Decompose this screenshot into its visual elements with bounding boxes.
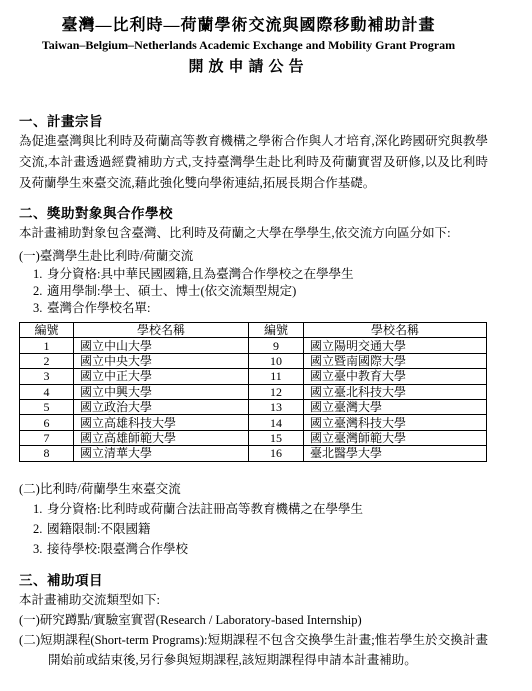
title-announcement: 開放申請公告 (9, 58, 488, 77)
school-name: 國立臺中教育大學 (304, 369, 487, 384)
school-name: 臺北醫學大學 (304, 446, 487, 461)
section-grant-items: 三、補助項目 本計畫補助交流類型如下: (一)研究蹲點/實驗室實習(Resear… (19, 573, 488, 670)
list-item: 2.適用學制:學士、碩士、博士(依交流類型規定) (19, 283, 488, 300)
table-row: 1 國立中山大學 9 國立陽明交通大學 (20, 338, 487, 353)
list-item: 3.臺灣合作學校名單: (19, 300, 488, 317)
subsection-outbound-title: (一)臺灣學生赴比利時/荷蘭交流 (19, 246, 488, 266)
grant-item: (一)研究蹲點/實驗室實習(Research / Laboratory-base… (19, 610, 488, 630)
list-item-text: 接待學校:限臺灣合作學校 (47, 542, 188, 556)
school-id: 4 (20, 384, 74, 399)
school-id: 15 (249, 430, 304, 445)
school-name: 國立中興大學 (74, 384, 249, 399)
school-id: 10 (249, 353, 304, 368)
partner-schools-table: 編號 學校名稱 編號 學校名稱 1 國立中山大學 9 國立陽明交通大學 2 國立… (19, 322, 487, 462)
school-id: 5 (20, 399, 74, 414)
school-id: 13 (249, 399, 304, 414)
grant-item: (二)短期課程(Short-term Programs):短期課程不包含交換學生… (19, 630, 488, 670)
subsection-inbound: (二)比利時/荷蘭學生來臺交流 1.身分資格:比利時或荷蘭合法註冊高等教育機構之… (19, 479, 488, 559)
list-item-number: 2. (33, 283, 47, 300)
subsection-outbound: (一)臺灣學生赴比利時/荷蘭交流 1.身分資格:具中華民國國籍,且為臺灣合作學校… (19, 246, 488, 317)
school-name: 國立中央大學 (74, 353, 249, 368)
table-row: 2 國立中央大學 10 國立暨南國際大學 (20, 353, 487, 368)
school-name: 國立臺灣大學 (304, 399, 487, 414)
list-item: 1.身分資格:比利時或荷蘭合法註冊高等教育機構之在學學生 (19, 499, 488, 519)
school-name: 國立臺北科技大學 (304, 384, 487, 399)
list-item-text: 國籍限制:不限國籍 (47, 522, 150, 536)
table-header-school: 學校名稱 (74, 323, 249, 338)
document-header: 臺灣—比利時—荷蘭學術交流與國際移動補助計畫 Taiwan–Belgium–Ne… (9, 16, 488, 77)
list-item-number: 1. (33, 499, 47, 519)
section-purpose: 一、計畫宗旨 為促進臺灣與比利時及荷蘭高等教育機構之學術合作與人才培育,深化跨國… (19, 114, 488, 194)
section-purpose-heading: 一、計畫宗旨 (19, 114, 488, 129)
table-row: 4 國立中興大學 12 國立臺北科技大學 (20, 384, 487, 399)
subsection-inbound-title: (二)比利時/荷蘭學生來臺交流 (19, 479, 488, 499)
school-id: 14 (249, 415, 304, 430)
school-id: 1 (20, 338, 74, 353)
school-name: 國立中正大學 (74, 369, 249, 384)
table-row: 6 國立高雄科技大學 14 國立臺灣科技大學 (20, 415, 487, 430)
section-grant-items-heading: 三、補助項目 (19, 573, 488, 588)
table-row: 8 國立清華大學 16 臺北醫學大學 (20, 446, 487, 461)
school-id: 3 (20, 369, 74, 384)
table-header-school: 學校名稱 (304, 323, 487, 338)
document-page: 臺灣—比利時—荷蘭學術交流與國際移動補助計畫 Taiwan–Belgium–Ne… (0, 0, 532, 691)
school-id: 16 (249, 446, 304, 461)
school-id: 7 (20, 430, 74, 445)
table-header-row: 編號 學校名稱 編號 學校名稱 (20, 323, 487, 338)
list-item: 1.身分資格:具中華民國國籍,且為臺灣合作學校之在學學生 (19, 266, 488, 283)
section-purpose-body: 為促進臺灣與比利時及荷蘭高等教育機構之學術合作與人才培育,深化跨國研究與教學交流… (19, 131, 488, 194)
list-item-number: 2. (33, 519, 47, 539)
school-name: 國立暨南國際大學 (304, 353, 487, 368)
list-item-text: 身分資格:比利時或荷蘭合法註冊高等教育機構之在學學生 (47, 502, 363, 516)
list-item-number: 1. (33, 266, 47, 283)
list-item: 3.接待學校:限臺灣合作學校 (19, 539, 488, 559)
table-row: 3 國立中正大學 11 國立臺中教育大學 (20, 369, 487, 384)
school-name: 國立臺灣師範大學 (304, 430, 487, 445)
section-grant-items-intro: 本計畫補助交流類型如下: (19, 590, 488, 610)
table-header-id: 編號 (20, 323, 74, 338)
list-item: 2.國籍限制:不限國籍 (19, 519, 488, 539)
school-id: 11 (249, 369, 304, 384)
list-item-text: 臺灣合作學校名單: (47, 301, 150, 315)
school-name: 國立清華大學 (74, 446, 249, 461)
table-row: 5 國立政治大學 13 國立臺灣大學 (20, 399, 487, 414)
school-name: 國立政治大學 (74, 399, 249, 414)
school-name: 國立陽明交通大學 (304, 338, 487, 353)
list-item-number: 3. (33, 539, 47, 559)
table-header-id: 編號 (249, 323, 304, 338)
title-english: Taiwan–Belgium–Netherlands Academic Exch… (9, 38, 488, 53)
list-item-text: 身分資格:具中華民國國籍,且為臺灣合作學校之在學學生 (47, 267, 354, 281)
table-row: 7 國立高雄師範大學 15 國立臺灣師範大學 (20, 430, 487, 445)
title-chinese: 臺灣—比利時—荷蘭學術交流與國際移動補助計畫 (9, 16, 488, 36)
school-name: 國立高雄師範大學 (74, 430, 249, 445)
school-name: 國立臺灣科技大學 (304, 415, 487, 430)
section-eligibility-heading: 二、獎助對象與合作學校 (19, 206, 488, 221)
list-item-text: 適用學制:學士、碩士、博士(依交流類型規定) (47, 284, 296, 298)
school-name: 國立高雄科技大學 (74, 415, 249, 430)
school-id: 12 (249, 384, 304, 399)
school-id: 9 (249, 338, 304, 353)
school-id: 6 (20, 415, 74, 430)
school-id: 2 (20, 353, 74, 368)
school-id: 8 (20, 446, 74, 461)
section-eligibility: 二、獎助對象與合作學校 本計畫補助對象包含臺灣、比利時及荷蘭之大學在學學生,依交… (19, 206, 488, 559)
school-name: 國立中山大學 (74, 338, 249, 353)
section-eligibility-intro: 本計畫補助對象包含臺灣、比利時及荷蘭之大學在學學生,依交流方向區分如下: (19, 223, 488, 243)
list-item-number: 3. (33, 300, 47, 317)
